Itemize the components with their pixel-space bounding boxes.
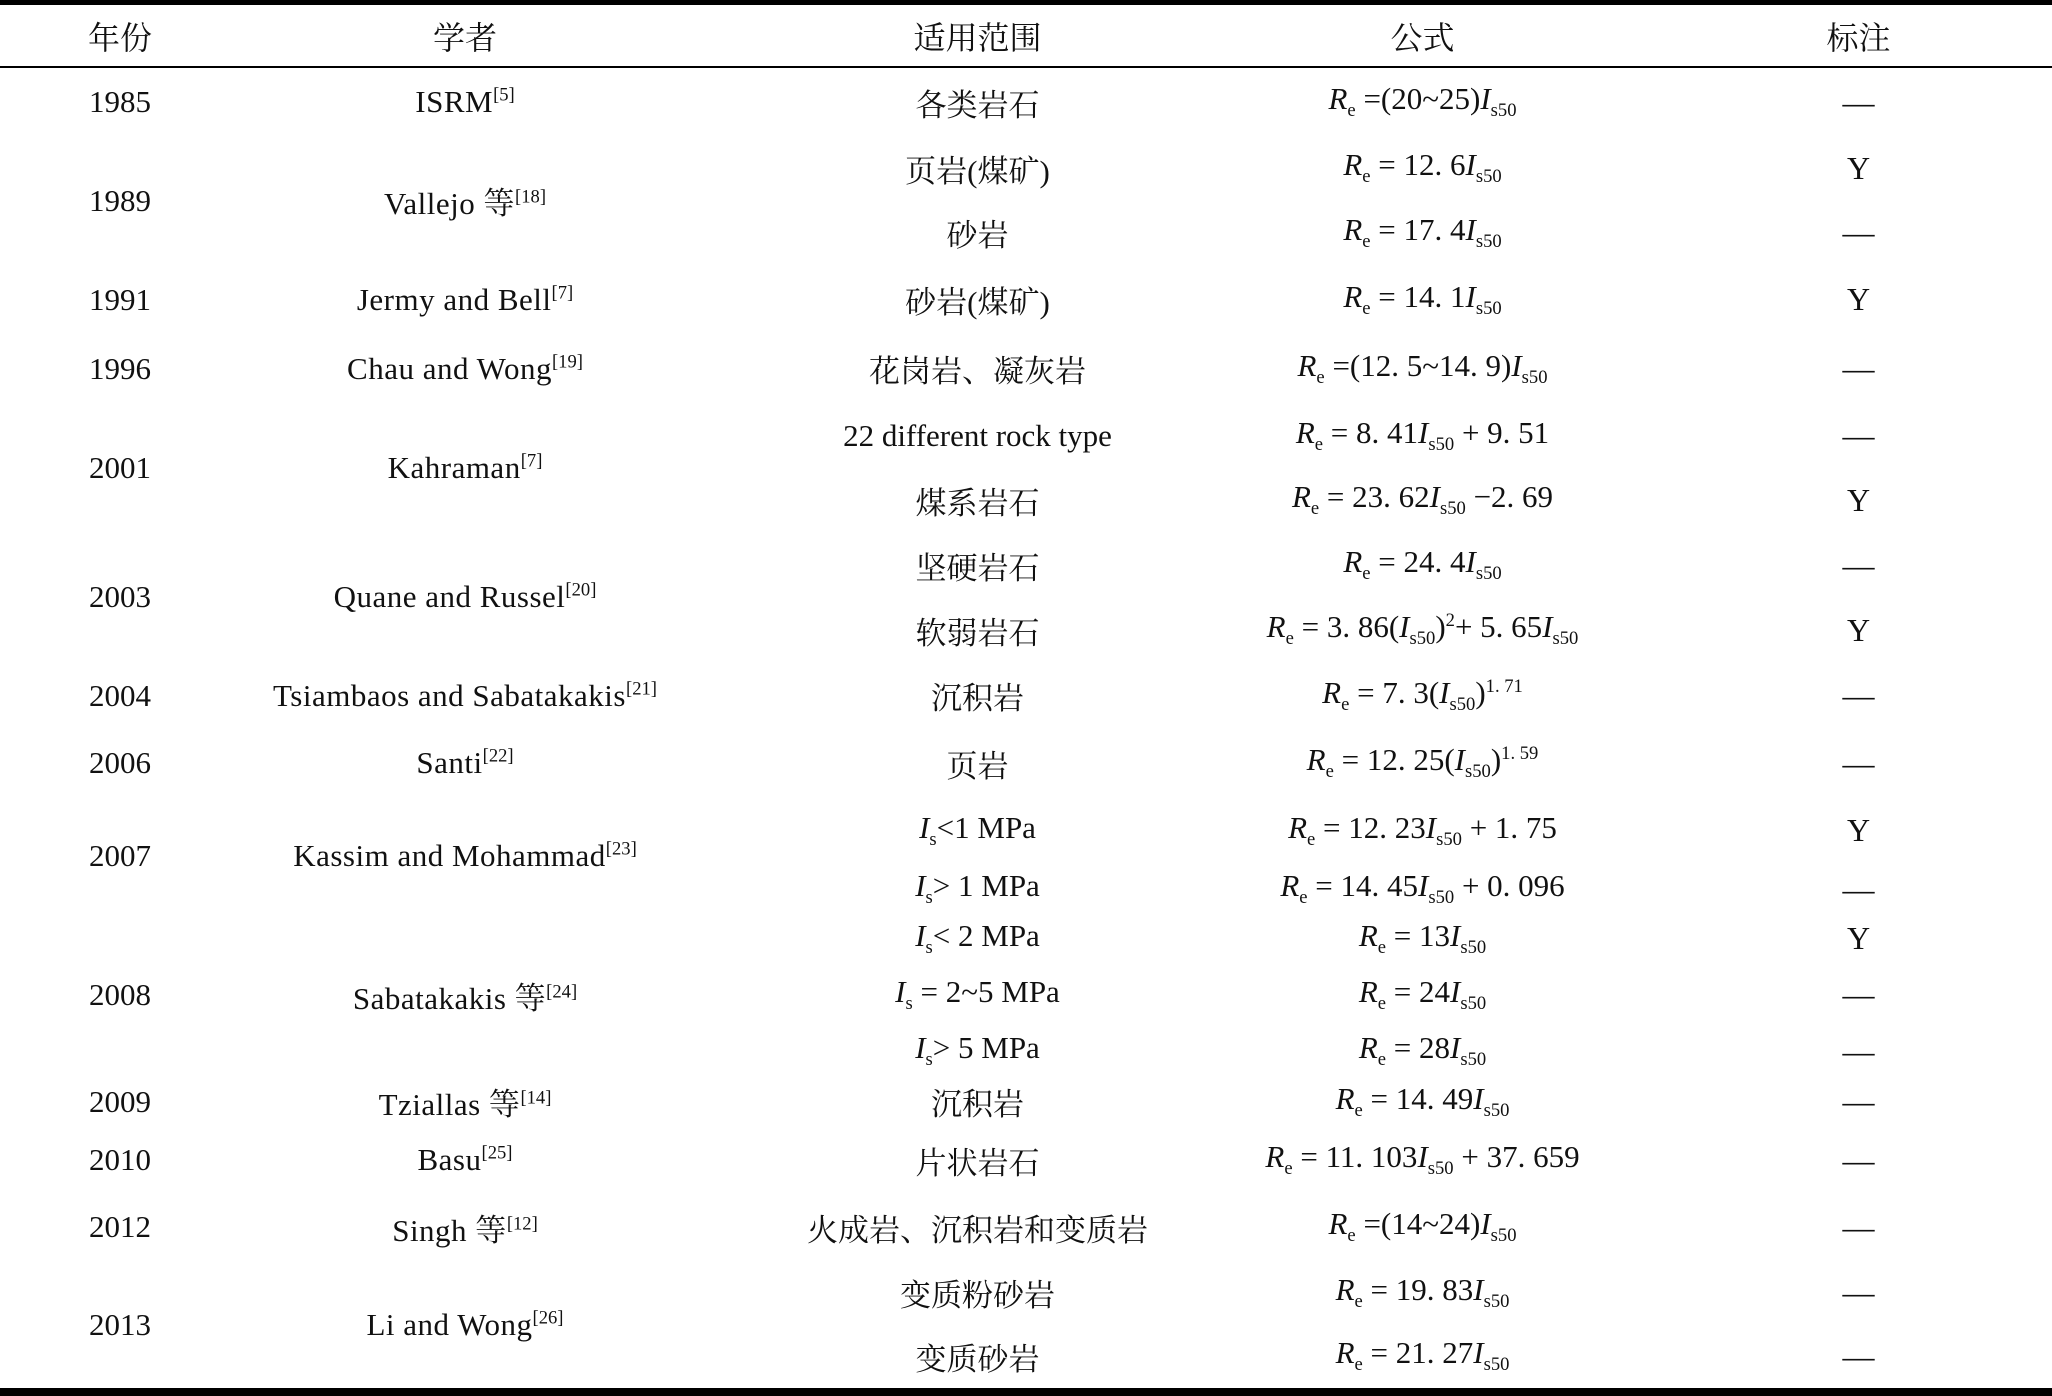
citation-ref: [24] [546,981,577,1002]
formula-cell: Re = 21. 27Is50 [1180,1324,1665,1388]
table-row: 2004Tsiambaos and Sabatakakis[21]沉积岩Re =… [0,662,2052,729]
year-cell: 2010 [0,1127,240,1193]
math-text: −2. 69 [1466,479,1553,514]
math-text: + 0. 096 [1454,868,1564,903]
math-text: =(14~24) [1356,1206,1481,1241]
math-subscript: e [1378,1050,1386,1071]
citation-ref: [14] [520,1087,551,1108]
citation-ref: [7] [552,282,574,303]
note-cell: — [1665,1193,2052,1261]
math-var: R [1359,974,1378,1009]
year-cell: 1989 [0,136,240,265]
range-cell: Is> 5 MPa [690,1026,1180,1076]
math-subscript: s50 [1476,298,1502,319]
math-subscript: s [926,1050,933,1071]
math-var: R [1359,918,1378,953]
formula-cell: Re = 8. 41Is50 + 9. 51 [1180,403,1665,468]
math-var: R [1343,279,1362,314]
math-subscript: s50 [1484,1355,1510,1376]
range-cell: 22 different rock type [690,403,1180,468]
range-cell: 坚硬岩石 [690,532,1180,598]
math-text: > 1 MPa [933,868,1040,903]
math-text: = 28 [1386,1030,1450,1065]
scholar-cell: Vallejo 等[18] [240,136,690,265]
formula-cell: Re = 12. 23Is50 + 1. 75 [1180,797,1665,864]
math-var: I [915,868,925,903]
citation-ref: [21] [626,678,657,699]
math-var: I [1430,479,1440,514]
range-cell: 火成岩、沉积岩和变质岩 [690,1193,1180,1261]
math-subscript: e [1378,993,1386,1014]
math-var: I [1450,1030,1460,1065]
formula-cell: Re = 14. 1Is50 [1180,265,1665,334]
math-superscript: 1. 71 [1486,676,1523,697]
formula-cell: Re = 24. 4Is50 [1180,532,1665,598]
math-subscript: s50 [1476,564,1502,585]
range-cell: 花岗岩、凝灰岩 [690,334,1180,403]
math-text: + 5. 65 [1455,609,1542,644]
math-var: R [1297,348,1316,383]
citation-ref: [22] [483,745,514,766]
note-cell: — [1665,1026,2052,1076]
math-subscript: e [1378,937,1386,958]
math-subscript: e [1316,367,1324,388]
scholar-name: Vallejo 等 [384,186,515,221]
math-subscript: s50 [1484,1100,1510,1121]
math-text: = 2~5 MPa [913,974,1060,1009]
note-cell: — [1665,963,2052,1026]
citation-ref: [12] [507,1213,538,1234]
math-var: R [1296,415,1315,450]
note-cell: Y [1665,797,2052,864]
year-cell: 1985 [0,67,240,136]
table-row: 2010Basu[25]片状岩石Re = 11. 103Is50 + 37. 6… [0,1127,2052,1193]
table-row: 2013Li and Wong[26]变质粉砂岩Re = 19. 83Is50— [0,1261,2052,1324]
math-subscript: s [926,937,933,958]
math-text: > 5 MPa [933,1030,1040,1065]
year-cell: 2004 [0,662,240,729]
scholar-cell: Tziallas 等[14] [240,1076,690,1127]
note-cell: — [1665,1127,2052,1193]
math-var: I [1450,974,1460,1009]
math-subscript: s50 [1460,1050,1486,1071]
math-subscript: s50 [1428,434,1454,455]
formula-cell: Re = 3. 86(Is50)2+ 5. 65Is50 [1180,598,1665,662]
math-var: I [1466,212,1476,247]
range-cell: 页岩 [690,729,1180,797]
math-subscript: e [1311,499,1319,520]
table-row: 2009Tziallas 等[14]沉积岩Re = 14. 49Is50— [0,1076,2052,1127]
year-cell: 2013 [0,1261,240,1388]
math-var: I [1473,1272,1483,1307]
math-text: = 21. 27 [1363,1335,1473,1370]
formula-cell: Re = 11. 103Is50 + 37. 659 [1180,1127,1665,1193]
range-cell: Is = 2~5 MPa [690,963,1180,1026]
formula-cell: Re = 17. 4Is50 [1180,200,1665,265]
column-header-year: 年份 [0,5,240,67]
table-row: 2006Santi[22]页岩Re = 12. 25(Is50)1. 59— [0,729,2052,797]
scholar-cell: Kassim and Mohammad[23] [240,797,690,914]
scholar-name: Kahraman [388,450,521,485]
math-var: I [1439,675,1449,710]
math-text: + 9. 51 [1454,415,1549,450]
math-text: = 7. 3( [1349,675,1439,710]
range-cell: 片状岩石 [690,1127,1180,1193]
math-subscript: s50 [1460,937,1486,958]
math-text: = 3. 86( [1294,609,1399,644]
math-var: I [1480,1206,1490,1241]
formula-cell: Re =(20~25)Is50 [1180,67,1665,136]
formula-cell: Re = 7. 3(Is50)1. 71 [1180,662,1665,729]
citation-ref: [5] [493,84,515,105]
scholar-cell: Li and Wong[26] [240,1261,690,1388]
math-var: I [1418,415,1428,450]
math-text: = 14. 49 [1363,1081,1473,1116]
formula-cell: Re = 13Is50 [1180,914,1665,963]
math-var: R [1359,1030,1378,1065]
math-var: R [1280,868,1299,903]
range-cell: 沉积岩 [690,662,1180,729]
note-cell: — [1665,403,2052,468]
citation-ref: [20] [565,579,596,600]
note-cell: Y [1665,136,2052,200]
math-var: R [1267,609,1286,644]
note-cell: — [1665,1261,2052,1324]
math-text: ) [1491,742,1501,777]
math-text: ) [1435,609,1445,644]
note-cell: Y [1665,468,2052,532]
math-text: = 14. 1 [1371,279,1466,314]
math-subscript: s50 [1409,629,1435,650]
math-subscript: e [1362,231,1370,252]
math-subscript: s50 [1491,101,1517,122]
math-var: I [1466,544,1476,579]
math-subscript: e [1315,434,1323,455]
math-text: = 12. 6 [1371,147,1466,182]
math-superscript: 1. 59 [1501,743,1538,764]
range-cell: Is> 1 MPa [690,864,1180,914]
math-text: = 24 [1386,974,1450,1009]
scholar-name: Quane and Russel [334,579,566,614]
math-var: R [1307,742,1326,777]
math-subscript: s50 [1522,367,1548,388]
math-var: R [1336,1081,1355,1116]
math-text: = 14. 45 [1308,868,1418,903]
math-subscript: e [1347,101,1355,122]
table-row: 1996Chau and Wong[19]花岗岩、凝灰岩Re =(12. 5~1… [0,334,2052,403]
citation-ref: [25] [482,1142,513,1163]
math-subscript: e [1347,1226,1355,1247]
table-body: 1985ISRM[5]各类岩石Re =(20~25)Is50—1989Valle… [0,67,2052,1388]
math-var: I [1473,1081,1483,1116]
range-cell: 砂岩 [690,200,1180,265]
note-cell: — [1665,662,2052,729]
math-text: + 37. 659 [1454,1139,1580,1174]
scholar-cell: Tsiambaos and Sabatakakis[21] [240,662,690,729]
math-text: ) [1475,675,1485,710]
table-row: 2003Quane and Russel[20]坚硬岩石Re = 24. 4Is… [0,532,2052,598]
math-text: < 2 MPa [933,918,1040,953]
math-var: I [915,918,925,953]
math-var: I [1511,348,1521,383]
math-text: = 11. 103 [1293,1139,1418,1174]
math-subscript: e [1355,1291,1363,1312]
year-cell: 2008 [0,914,240,1076]
math-subscript: s50 [1428,1159,1454,1180]
table-row: 2007Kassim and Mohammad[23]Is<1 MPaRe = … [0,797,2052,864]
math-text: =(20~25) [1356,81,1481,116]
math-text: = 23. 62 [1319,479,1429,514]
math-text: + 1. 75 [1462,810,1557,845]
note-cell: — [1665,67,2052,136]
scholar-name: Tziallas 等 [379,1087,521,1122]
range-cell: Is< 2 MPa [690,914,1180,963]
math-var: I [1455,742,1465,777]
scholar-cell: Quane and Russel[20] [240,532,690,662]
column-header-formula: 公式 [1180,5,1665,67]
range-cell: Is<1 MPa [690,797,1180,864]
math-var: I [919,810,929,845]
math-subscript: e [1362,298,1370,319]
math-subscript: s50 [1491,1226,1517,1247]
math-subscript: s50 [1484,1291,1510,1312]
math-text: = 8. 41 [1323,415,1418,450]
math-subscript: e [1286,629,1294,650]
math-subscript: s [906,993,913,1014]
math-var: I [895,974,905,1009]
math-subscript: s50 [1436,829,1462,850]
table-row: 2001Kahraman[7]22 different rock typeRe … [0,403,2052,468]
math-var: I [1466,147,1476,182]
scholar-cell: Sabatakakis 等[24] [240,914,690,1076]
table-row: 1985ISRM[5]各类岩石Re =(20~25)Is50— [0,67,2052,136]
column-header-note: 标注 [1665,5,2052,67]
scholar-name: Sabatakakis 等 [353,981,546,1016]
range-cell: 各类岩石 [690,67,1180,136]
math-text: = 12. 23 [1315,810,1425,845]
scholar-cell: ISRM[5] [240,67,690,136]
year-cell: 2009 [0,1076,240,1127]
citation-ref: [18] [515,186,546,207]
citation-ref: [19] [552,351,583,372]
note-cell: — [1665,729,2052,797]
formula-cell: Re = 23. 62Is50 −2. 69 [1180,468,1665,532]
year-cell: 2012 [0,1193,240,1261]
math-text: = 13 [1386,918,1450,953]
math-var: I [1417,1139,1427,1174]
scholar-name: Kassim and Mohammad [293,838,606,873]
math-subscript: e [1362,564,1370,585]
math-subscript: s50 [1428,888,1454,909]
math-var: I [1399,609,1409,644]
math-text: = 24. 4 [1371,544,1466,579]
note-cell: — [1665,334,2052,403]
note-cell: — [1665,532,2052,598]
math-text: = 19. 83 [1363,1272,1473,1307]
scholar-name: Tsiambaos and Sabatakakis [273,678,626,713]
scholar-cell: Singh 等[12] [240,1193,690,1261]
math-subscript: s50 [1449,694,1475,715]
math-var: R [1288,810,1307,845]
math-subscript: e [1355,1100,1363,1121]
note-cell: — [1665,1324,2052,1388]
math-subscript: s [929,829,936,850]
column-header-scholar: 学者 [240,5,690,67]
year-cell: 1991 [0,265,240,334]
conversion-formula-table: 年份 学者 适用范围 公式 标注 1985ISRM[5]各类岩石Re =(20~… [0,5,2052,1388]
math-var: R [1322,675,1341,710]
formula-cell: Re =(14~24)Is50 [1180,1193,1665,1261]
citation-ref: [26] [533,1307,564,1328]
formula-cell: Re = 28Is50 [1180,1026,1665,1076]
math-subscript: s [926,888,933,909]
table-row: 1991Jermy and Bell[7]砂岩(煤矿)Re = 14. 1Is5… [0,265,2052,334]
math-subscript: e [1355,1355,1363,1376]
note-cell: Y [1665,914,2052,963]
math-subscript: e [1326,762,1334,783]
math-text: = 12. 25( [1334,742,1455,777]
math-subscript: s50 [1476,167,1502,188]
formula-cell: Re = 12. 25(Is50)1. 59 [1180,729,1665,797]
scholar-name: Santi [416,745,482,780]
formula-cell: Re = 12. 6Is50 [1180,136,1665,200]
scholar-name: Singh 等 [392,1213,507,1248]
scholar-name: Li and Wong [366,1307,532,1342]
table-row: 2012Singh 等[12]火成岩、沉积岩和变质岩Re =(14~24)Is5… [0,1193,2052,1261]
year-cell: 2006 [0,729,240,797]
math-superscript: 2 [1446,610,1455,631]
formula-cell: Re =(12. 5~14. 9)Is50 [1180,334,1665,403]
year-cell: 2007 [0,797,240,914]
math-text: = 17. 4 [1371,212,1466,247]
math-subscript: s50 [1460,993,1486,1014]
math-var: I [1426,810,1436,845]
scholar-name: Chau and Wong [347,351,552,386]
table-row: 2008Sabatakakis 等[24]Is< 2 MPaRe = 13Is5… [0,914,2052,963]
math-text: <1 MPa [937,810,1036,845]
math-var: R [1328,81,1347,116]
math-var: R [1343,212,1362,247]
math-subscript: s50 [1476,231,1502,252]
year-cell: 2003 [0,532,240,662]
math-var: I [1473,1335,1483,1370]
note-cell: — [1665,1076,2052,1127]
range-cell: 砂岩(煤矿) [690,265,1180,334]
year-cell: 1996 [0,334,240,403]
formula-cell: Re = 19. 83Is50 [1180,1261,1665,1324]
formula-cell: Re = 24Is50 [1180,963,1665,1026]
math-var: I [1466,279,1476,314]
range-cell: 煤系岩石 [690,468,1180,532]
range-cell: 变质砂岩 [690,1324,1180,1388]
math-subscript: e [1284,1159,1292,1180]
math-subscript: e [1362,167,1370,188]
math-var: R [1336,1335,1355,1370]
math-text: =(12. 5~14. 9) [1325,348,1512,383]
scholar-cell: Jermy and Bell[7] [240,265,690,334]
range-cell: 页岩(煤矿) [690,136,1180,200]
math-subscript: s50 [1553,629,1579,650]
math-var: I [1450,918,1460,953]
scholar-name: Jermy and Bell [357,282,552,317]
math-var: R [1336,1272,1355,1307]
math-var: I [1480,81,1490,116]
citation-ref: [7] [521,450,543,471]
note-cell: Y [1665,598,2052,662]
year-cell: 2001 [0,403,240,532]
note-cell: Y [1665,265,2052,334]
scholar-cell: Chau and Wong[19] [240,334,690,403]
scholar-name: ISRM [415,84,493,119]
note-cell: — [1665,200,2052,265]
math-var: R [1343,544,1362,579]
scholar-cell: Basu[25] [240,1127,690,1193]
math-var: I [1542,609,1552,644]
scholar-cell: Santi[22] [240,729,690,797]
column-header-range: 适用范围 [690,5,1180,67]
paper-table-page: 年份 学者 适用范围 公式 标注 1985ISRM[5]各类岩石Re =(20~… [0,0,2052,1396]
range-cell: 变质粉砂岩 [690,1261,1180,1324]
scholar-name: Basu [418,1142,482,1177]
math-var: R [1292,479,1311,514]
range-cell: 沉积岩 [690,1076,1180,1127]
math-subscript: e [1299,888,1307,909]
scholar-cell: Kahraman[7] [240,403,690,532]
header-row: 年份 学者 适用范围 公式 标注 [0,5,2052,67]
math-subscript: s50 [1440,499,1466,520]
range-cell: 软弱岩石 [690,598,1180,662]
math-subscript: s50 [1465,762,1491,783]
math-var: I [1418,868,1428,903]
math-var: I [915,1030,925,1065]
math-var: R [1328,1206,1347,1241]
math-var: R [1265,1139,1284,1174]
formula-cell: Re = 14. 45Is50 + 0. 096 [1180,864,1665,914]
note-cell: — [1665,864,2052,914]
formula-cell: Re = 14. 49Is50 [1180,1076,1665,1127]
citation-ref: [23] [606,838,637,859]
math-var: R [1343,147,1362,182]
table-row: 1989Vallejo 等[18]页岩(煤矿)Re = 12. 6Is50Y [0,136,2052,200]
